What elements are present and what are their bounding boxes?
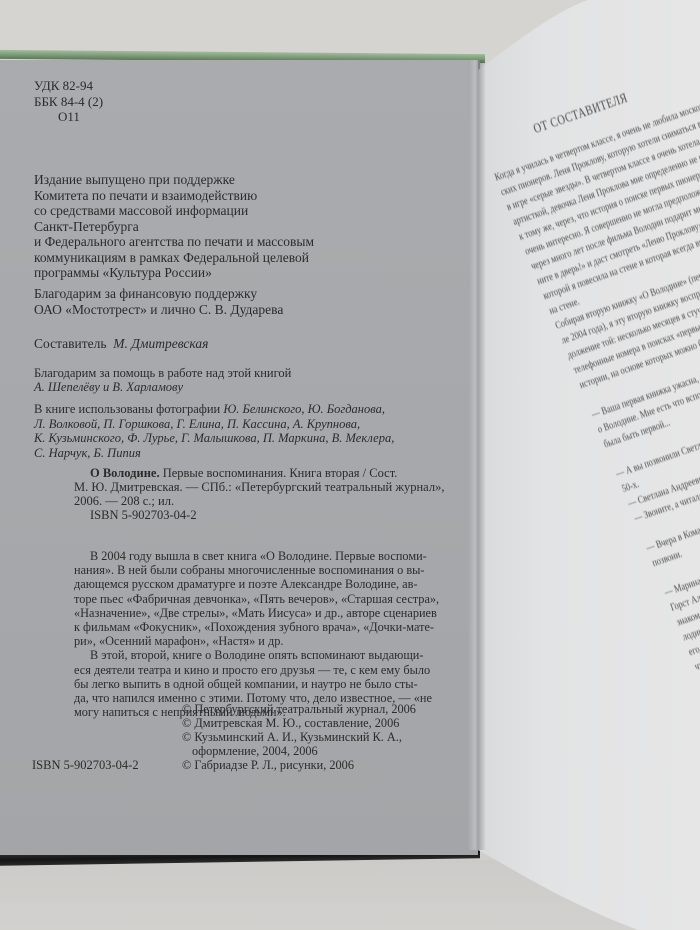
copyrights: © Петербургский театральный журнал, 2006…	[182, 702, 416, 772]
left-page-imprint: УДК 82-94 ББК 84-4 (2) О11 Издание выпущ…	[0, 60, 478, 855]
thanks-line: Благодарим за финансовую поддержку	[34, 286, 283, 302]
annotation-line: торе пьес «Фабричная девчонка», «Пять ве…	[74, 592, 439, 606]
compiler-label: Составитель	[34, 336, 107, 351]
bibliographic-record: О Володине. Первые воспоминания. Книга в…	[74, 466, 444, 522]
photo-credits-lead: В книге использованы фотографии	[34, 402, 220, 416]
help-thanks: Благодарим за помощь в работе над этой к…	[34, 366, 291, 394]
book-title: О Володине.	[90, 466, 160, 480]
udk-code: УДК 82-94	[34, 78, 103, 94]
bbk-code: ББК 84-4 (2)	[34, 94, 103, 110]
annotation-line: В 2004 году вышла в свет книга «О Володи…	[90, 549, 439, 563]
bib-line: 2006. — 208 с.; ил.	[74, 494, 444, 508]
bib-line: Первые воспоминания. Книга вторая / Сост…	[163, 466, 398, 480]
copyright-line: © Дмитревская М. Ю., составление, 2006	[182, 716, 416, 730]
annotation: В 2004 году вышла в свет книга «О Володи…	[74, 549, 439, 719]
photo-credits-line: Л. Волковой, П. Горшкова, Г. Елина, П. К…	[34, 417, 394, 432]
support-line: Санкт-Петербурга	[34, 219, 314, 235]
annotation-line: дающемся русском драматурге и поэте Алек…	[74, 577, 439, 591]
support-line: коммуникациям в рамках Федеральной целев…	[34, 250, 314, 266]
financial-thanks: Благодарим за финансовую поддержку ОАО «…	[34, 286, 283, 318]
photo-credits-names: Ю. Белинского, Ю. Богданова,	[223, 402, 385, 416]
support-line: Комитета по печати и взаимодействию	[34, 188, 314, 204]
isbn-code: ISBN 5-902703-04-2	[32, 758, 139, 772]
author-sign-code: О11	[58, 109, 103, 125]
copyright-line: оформление, 2004, 2006	[192, 744, 416, 758]
support-line: и Федерального агентства по печати и мас…	[34, 234, 314, 250]
compiler-credit: Составитель М. Дмитревская	[34, 336, 208, 352]
thanks-line: ОАО «Мостотрест» и лично С. В. Дударева	[34, 302, 283, 318]
copyright-line: © Кузьминский А. И., Кузьминский К. А.,	[182, 730, 416, 744]
photo-credits-line: С. Нарчук, Б. Пипия	[34, 446, 394, 461]
support-line: Издание выпущено при поддержке	[34, 172, 314, 188]
copyright-line: © Петербургский театральный журнал, 2006	[182, 702, 416, 716]
annotation-line: к фильмам «Фокусник», «Похождения зубног…	[74, 620, 439, 634]
photo-credits-line: К. Кузьминского, Ф. Лурье, Г. Малышкова,…	[34, 431, 394, 446]
help-thanks-line: Благодарим за помощь в работе над этой к…	[34, 366, 291, 380]
annotation-line: нания». В ней были собраны многочисленны…	[74, 563, 439, 577]
compiler-name: М. Дмитревская	[113, 336, 208, 351]
annotation-line: бы легко выпить в одной общей компании, …	[74, 677, 439, 691]
help-thanks-names: А. Шепелёву и В. Харламову	[34, 380, 291, 394]
annotation-line: еся деятели театра и кино и просто его д…	[74, 663, 439, 677]
gutter-shadow	[478, 60, 486, 850]
support-line: программы «Культура России»	[34, 265, 314, 281]
annotation-line: ри», «Осенний марафон», «Настя» и др.	[74, 634, 439, 648]
copyright-line: © Габриадзе Р. Л., рисунки, 2006	[182, 758, 416, 772]
photo-credits: В книге использованы фотографии Ю. Белин…	[34, 402, 394, 460]
support-notice: Издание выпущено при поддержке Комитета …	[34, 172, 314, 281]
support-line: со средствами массовой информации	[34, 203, 314, 219]
annotation-line: «Назначение», «Две стрелы», «Мать Иисуса…	[74, 606, 439, 620]
bib-line: М. Ю. Дмитревская. — СПб.: «Петербургски…	[74, 480, 444, 494]
isbn-bottom: ISBN 5-902703-04-2	[32, 758, 139, 774]
annotation-line: В этой, второй, книге о Володине опять в…	[90, 648, 439, 662]
classification-codes: УДК 82-94 ББК 84-4 (2) О11	[34, 78, 103, 125]
bib-isbn: ISBN 5-902703-04-2	[90, 508, 444, 522]
